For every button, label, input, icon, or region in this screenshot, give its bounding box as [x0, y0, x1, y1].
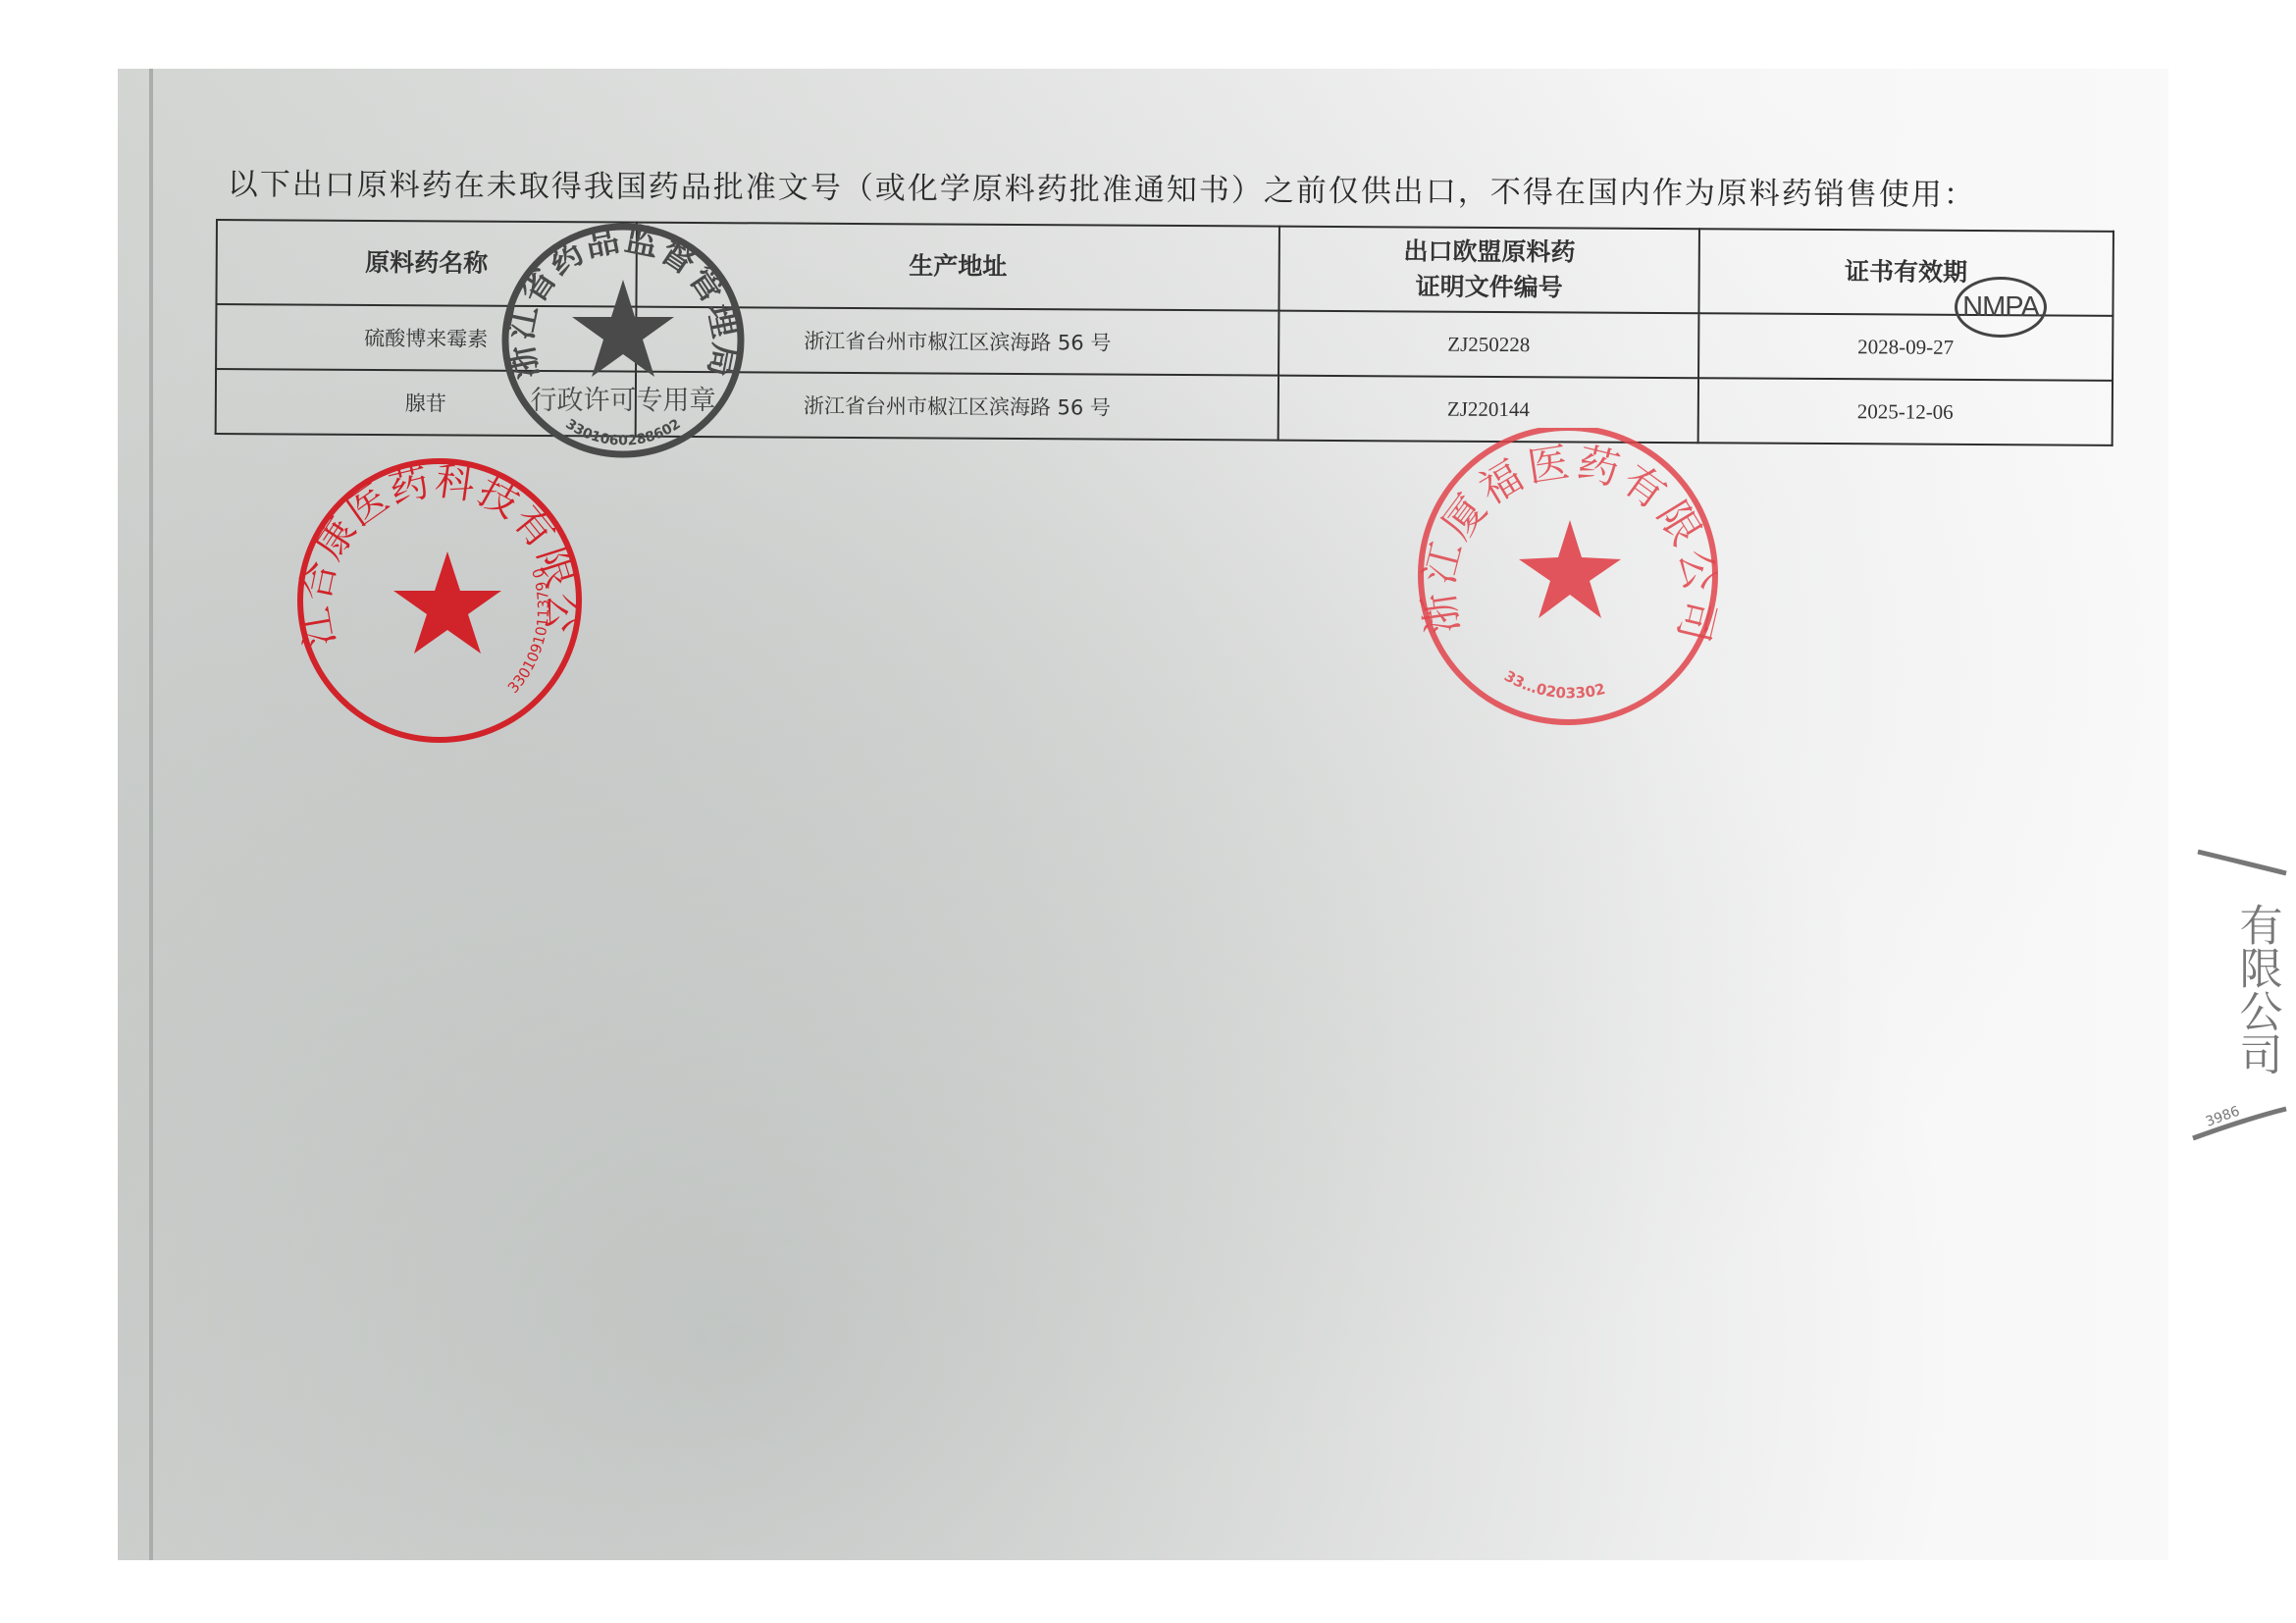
partial-edge-seal-icon: 有限公司 3986 — [2178, 844, 2296, 1168]
svg-text:33…0203302: 33…0203302 — [1501, 667, 1607, 703]
cell-validity: 2025-12-06 — [1697, 378, 2113, 445]
cell-doc-number: ZJ250228 — [1278, 311, 1698, 379]
company-seal-left-icon: 浙江合康医药科技有限公司 3301091011379 0 — [283, 453, 597, 748]
header-doc-number-line2: 证明文件编号 — [1281, 269, 1697, 307]
svg-text:有限公司: 有限公司 — [2232, 903, 2282, 1075]
header-doc-number-line1: 出口欧盟原料药 — [1281, 234, 1697, 272]
svg-text:3301091011379 0: 3301091011379 0 — [504, 566, 552, 697]
scan-edge-line — [149, 69, 153, 1560]
company-seal-right-icon: 浙江厦福医药有限公司 33…0203302 — [1401, 428, 1735, 732]
svg-text:行政许可专用章: 行政许可专用章 — [531, 386, 716, 416]
header-validity: 证书有效期 — [1698, 229, 2113, 316]
header-doc-number: 出口欧盟原料药 证明文件编号 — [1279, 227, 1699, 314]
nmpa-logo-icon: NMPA — [1955, 277, 2047, 338]
cell-validity: 2028-09-27 — [1698, 313, 2113, 381]
regulator-seal-icon: 浙江省药品监督管理局 行政许可专用章 3301060288602 — [496, 221, 751, 466]
